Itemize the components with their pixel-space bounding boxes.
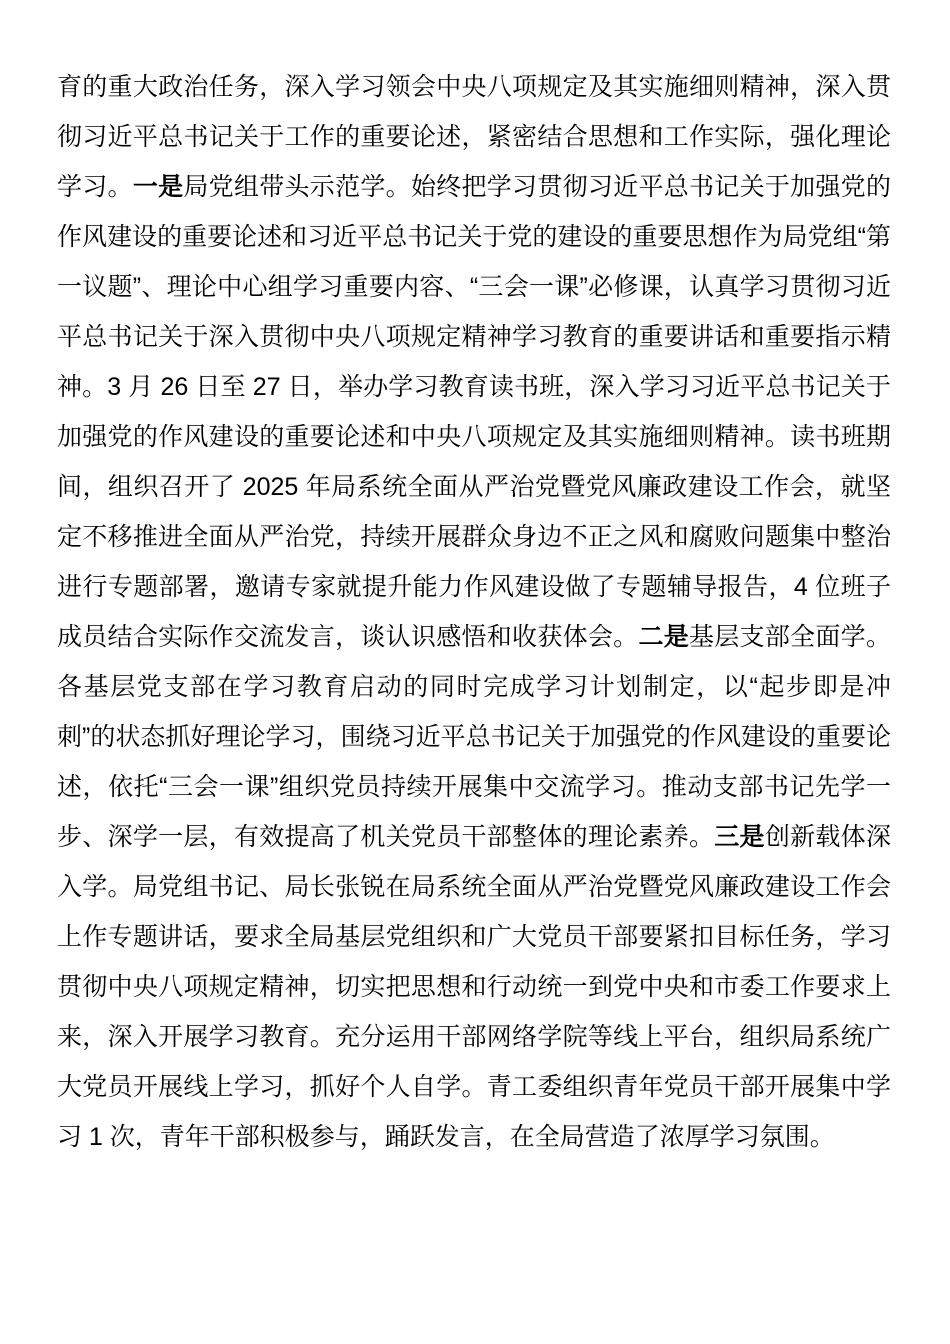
text-run: 局党组带头示范学。始终把学习贯彻习近平总书记关于加强党的作风建设的重要论述和习近…: [57, 173, 891, 651]
text-run-bold-second-point: 二是: [638, 623, 689, 651]
text-run: 基层支部全面学。各基层党支部在学习教育启动的同时完成学习计划制定，以“起步即是冲…: [57, 623, 891, 851]
text-run: 创新载体深入学。局党组书记、局长张锐在局系统全面从严治党暨党风廉政建设工作会上作…: [57, 823, 891, 1151]
text-run-bold-first-point: 一是: [133, 173, 184, 201]
document-page: 育的重大政治任务，深入学习领会中央八项规定及其实施细则精神，深入贯彻习近平总书记…: [0, 0, 950, 1344]
text-run-bold-third-point: 三是: [714, 823, 765, 851]
body-paragraph: 育的重大政治任务，深入学习领会中央八项规定及其实施细则精神，深入贯彻习近平总书记…: [57, 62, 891, 1162]
